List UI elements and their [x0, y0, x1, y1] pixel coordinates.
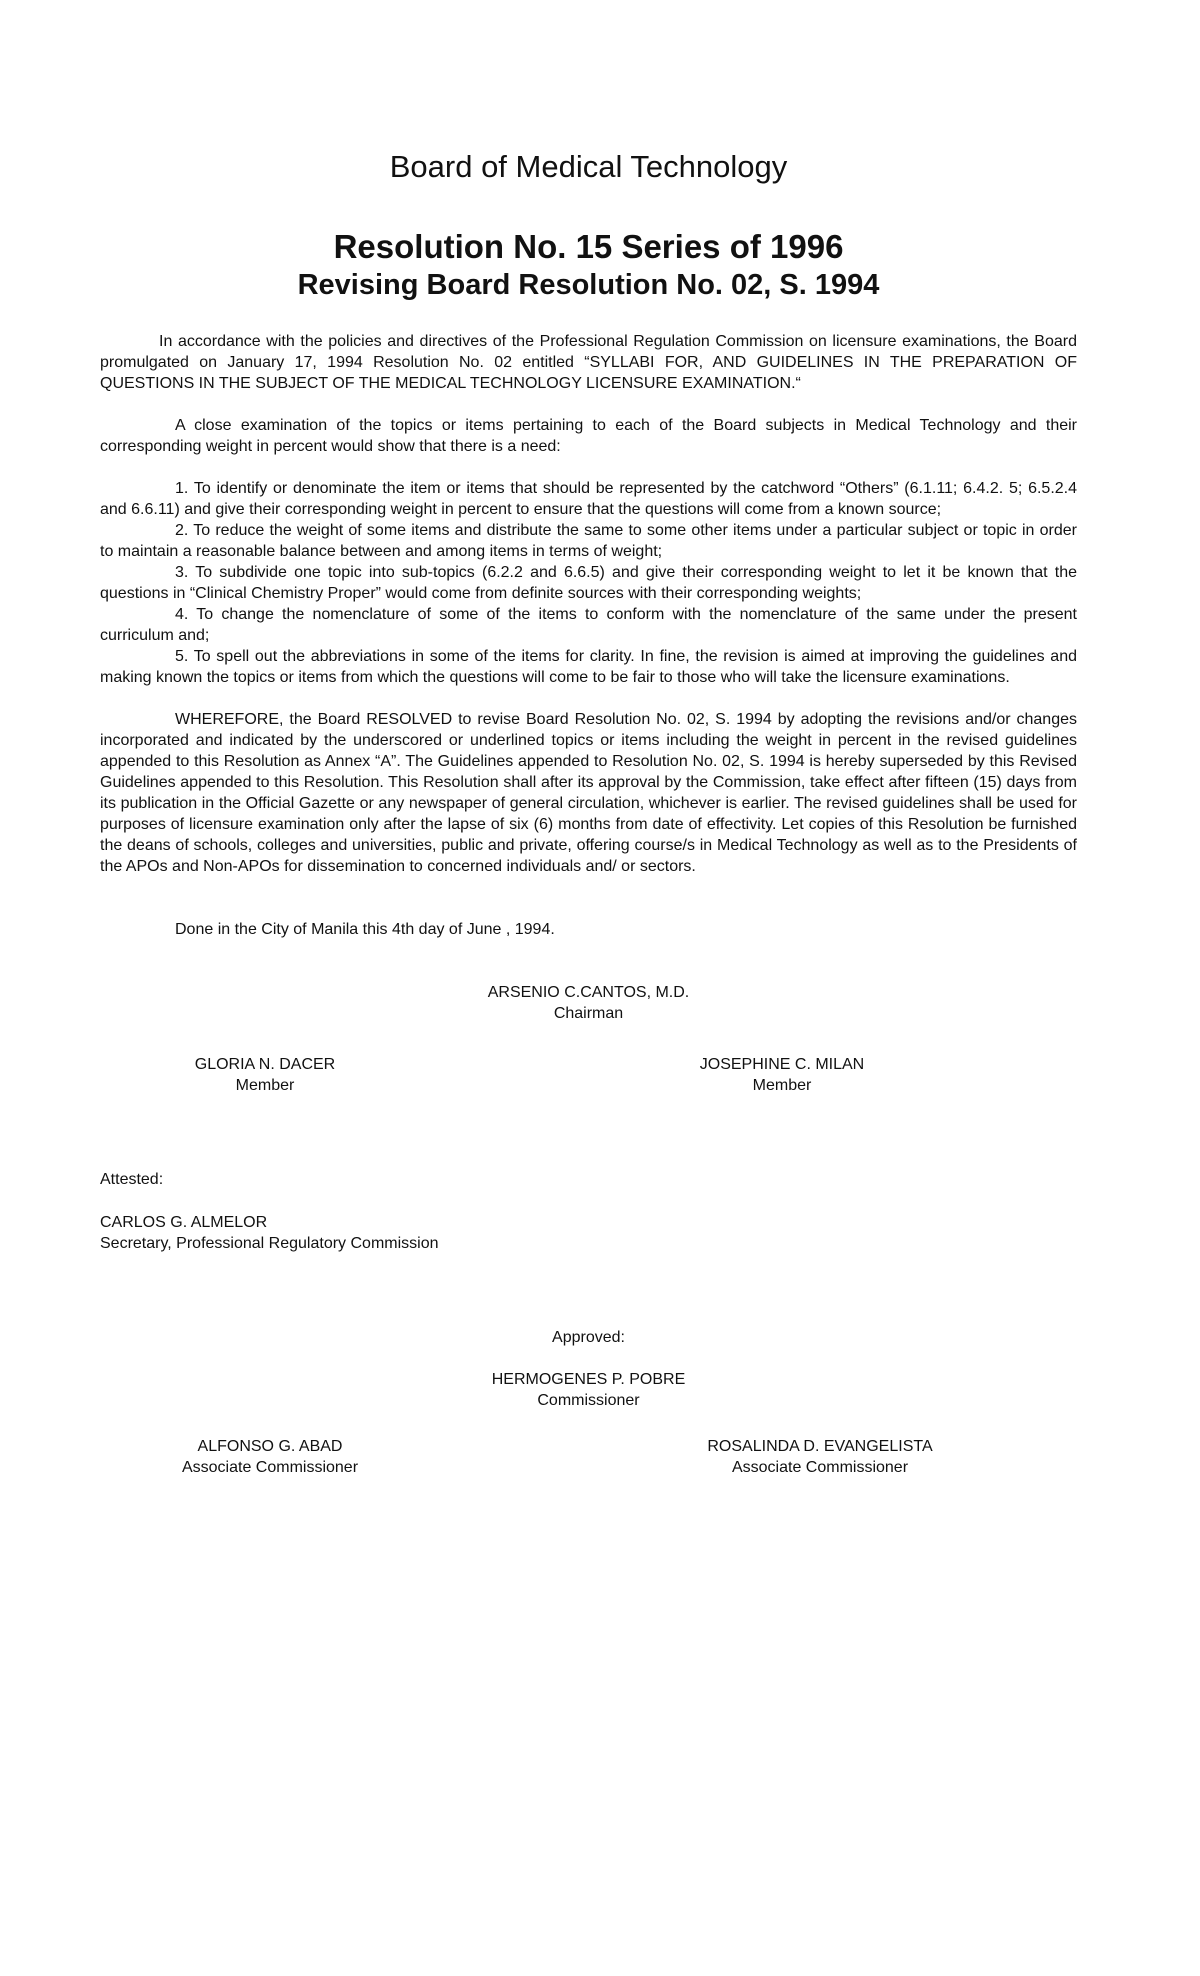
list-item-4: 4. To change the nomenclature of some of… [100, 604, 1077, 646]
associate-left-title: Associate Commissioner [105, 1457, 435, 1478]
list-item-2: 2. To reduce the weight of some items an… [100, 520, 1077, 562]
member-left-name: GLORIA N. DACER [100, 1054, 430, 1075]
commissioner-signature-block: HERMOGENES P. POBRE Commissioner [100, 1369, 1077, 1411]
commissioner-name: HERMOGENES P. POBRE [100, 1369, 1077, 1390]
document-page: Board of Medical Technology Resolution N… [0, 0, 1200, 1976]
member-right-block: JOSEPHINE C. MILAN Member [617, 1054, 947, 1096]
list-item-5: 5. To spell out the abbreviations in som… [100, 646, 1077, 688]
attested-label: Attested: [100, 1169, 1077, 1190]
done-line: Done in the City of Manila this 4th day … [100, 919, 1077, 940]
member-left-title: Member [100, 1075, 430, 1096]
list-item-3: 3. To subdivide one topic into sub-topic… [100, 562, 1077, 604]
chairman-signature-block: ARSENIO C.CANTOS, M.D. Chairman [100, 982, 1077, 1024]
resolution-subheading: Revising Board Resolution No. 02, S. 199… [100, 267, 1077, 303]
member-right-title: Member [617, 1075, 947, 1096]
associate-right-title: Associate Commissioner [655, 1457, 985, 1478]
list-item-1: 1. To identify or denominate the item or… [100, 478, 1077, 520]
document-content: Board of Medical Technology Resolution N… [100, 0, 1077, 1478]
resolution-heading: Resolution No. 15 Series of 1996 [100, 227, 1077, 267]
chairman-title: Chairman [100, 1003, 1077, 1024]
wherefore-paragraph: WHEREFORE, the Board RESOLVED to revise … [100, 709, 1077, 877]
associate-left-block: ALFONSO G. ABAD Associate Commissioner [105, 1436, 435, 1478]
document-title: Board of Medical Technology [100, 0, 1077, 185]
approved-label: Approved: [100, 1327, 1077, 1348]
member-left-block: GLORIA N. DACER Member [100, 1054, 430, 1096]
associate-right-block: ROSALINDA D. EVANGELISTA Associate Commi… [655, 1436, 985, 1478]
members-signature-row: GLORIA N. DACER Member JOSEPHINE C. MILA… [100, 1054, 1077, 1096]
associate-commissioners-row: ALFONSO G. ABAD Associate Commissioner R… [100, 1436, 1077, 1478]
commissioner-title: Commissioner [100, 1390, 1077, 1411]
intro-paragraph: In accordance with the policies and dire… [100, 331, 1077, 394]
need-paragraph: A close examination of the topics or ite… [100, 415, 1077, 457]
associate-right-name: ROSALINDA D. EVANGELISTA [655, 1436, 985, 1457]
secretary-title: Secretary, Professional Regulatory Commi… [100, 1233, 1077, 1254]
secretary-name: CARLOS G. ALMELOR [100, 1212, 1077, 1233]
chairman-name: ARSENIO C.CANTOS, M.D. [100, 982, 1077, 1003]
associate-left-name: ALFONSO G. ABAD [105, 1436, 435, 1457]
member-right-name: JOSEPHINE C. MILAN [617, 1054, 947, 1075]
secretary-signature-block: CARLOS G. ALMELOR Secretary, Professiona… [100, 1212, 1077, 1254]
